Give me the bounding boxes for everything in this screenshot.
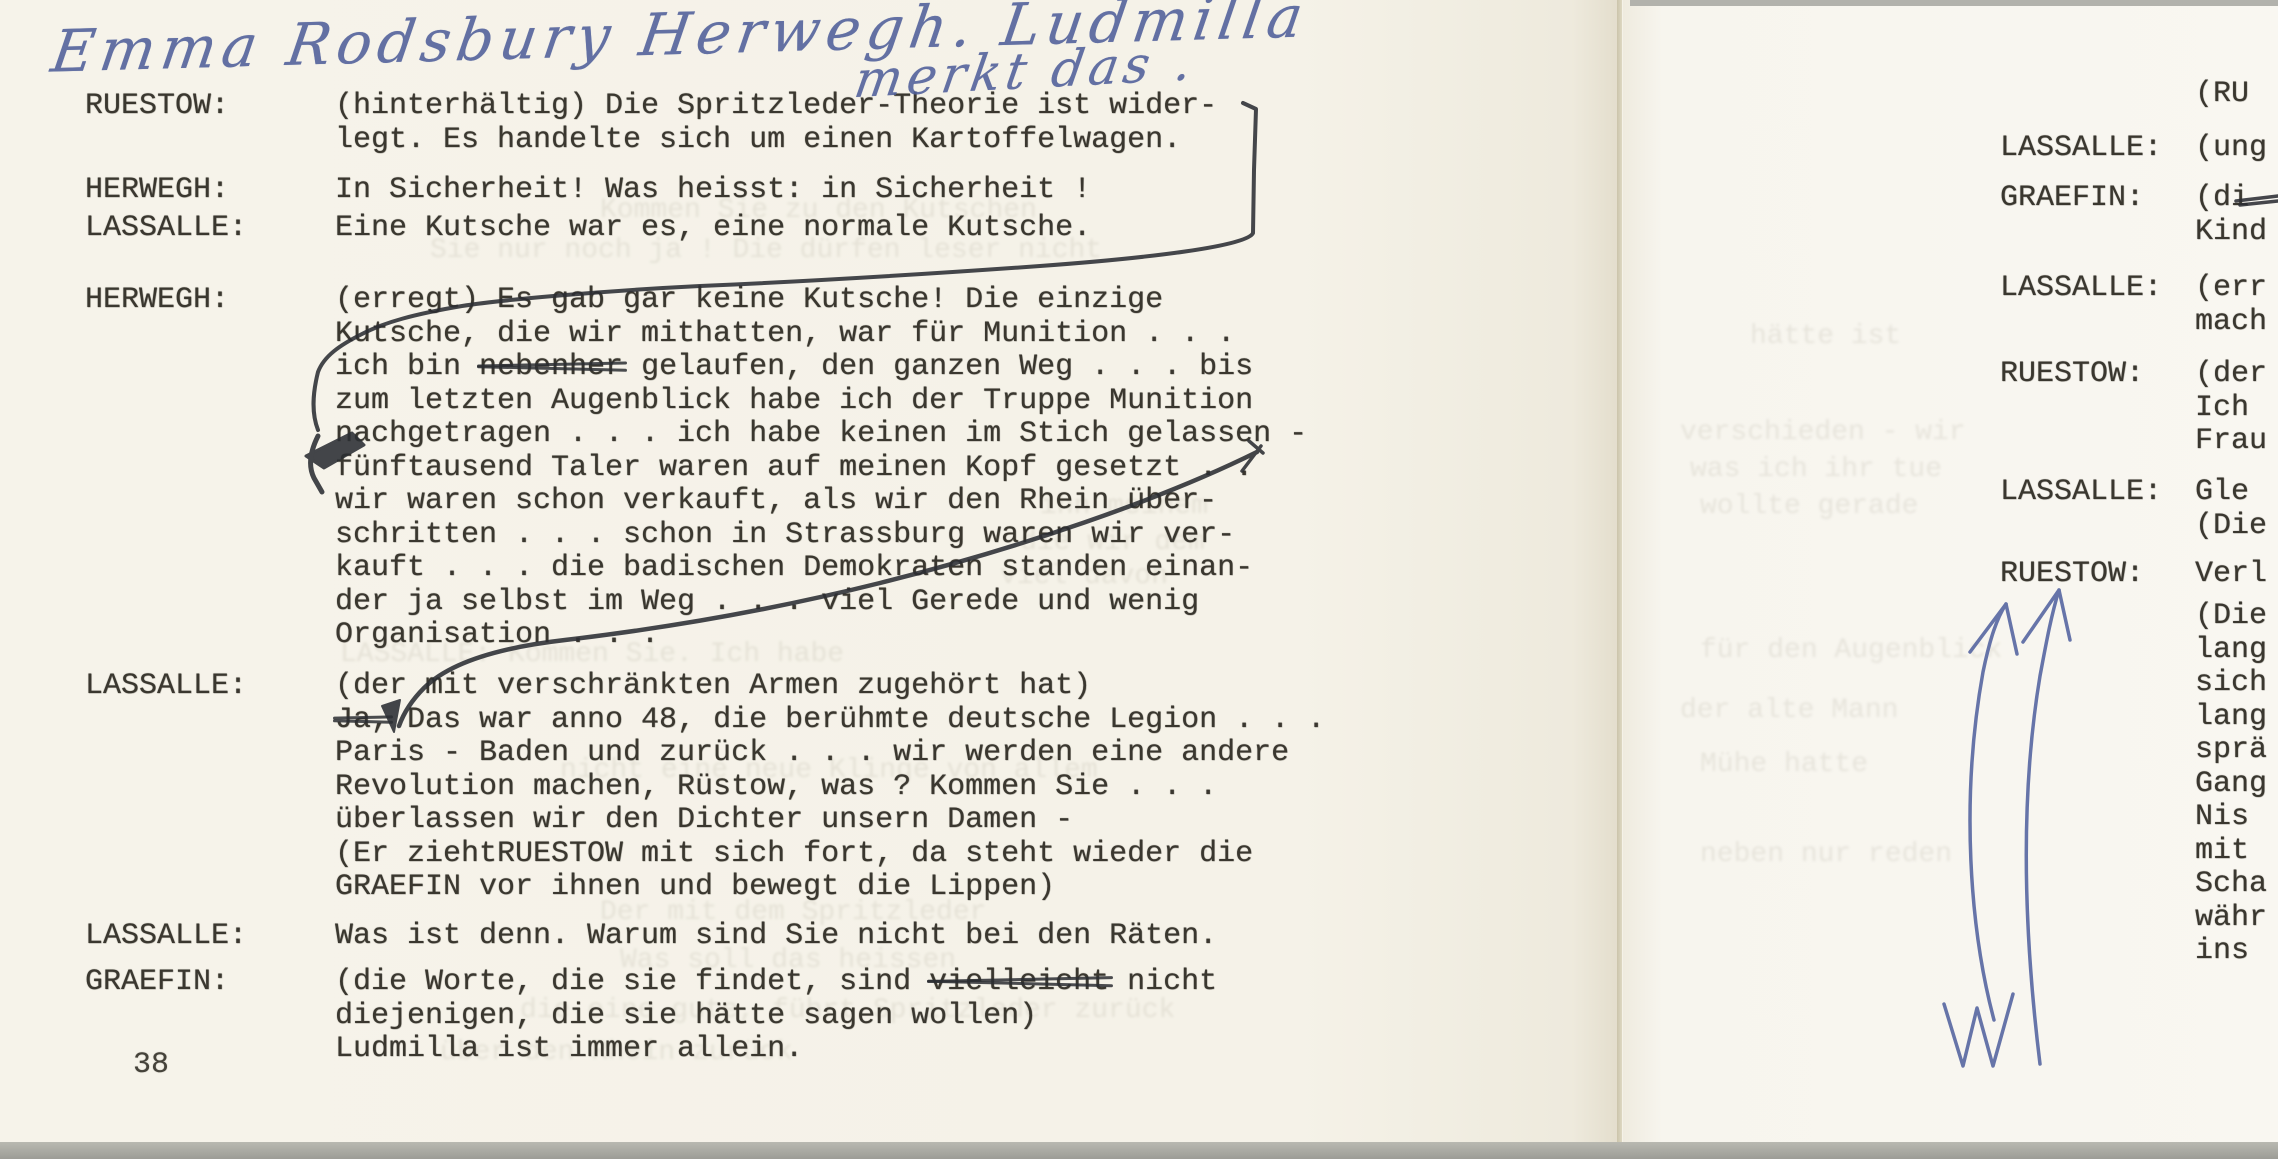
dialogue-line: (di <box>2195 182 2267 216</box>
dialogue-line: Kind <box>2195 216 2267 250</box>
dialogue-line: mach <box>2195 306 2267 340</box>
speaker-name: LASSALLE: <box>85 212 247 246</box>
dialogue-line: lang <box>2195 701 2267 735</box>
speaker-name: GRAEFIN: <box>2000 182 2144 216</box>
dialogue-lines: Eine Kutsche war es, eine normale Kutsch… <box>335 212 1091 246</box>
dialogue-lines: Verl <box>2195 558 2267 592</box>
dialogue-line: ins <box>2195 935 2267 969</box>
dialogue-line: Scha <box>2195 868 2267 902</box>
dialogue-lines: (erregt) Es gab gar keine Kutsche! Die e… <box>335 284 1307 653</box>
scanned-script-spread: Kommen Sie zu den KutschenSie nur noch j… <box>0 0 2278 1159</box>
scanner-edge-bottom <box>0 1142 2278 1159</box>
dialogue-line: (Er ziehtRUESTOW mit sich fort, da steht… <box>335 838 1325 872</box>
bleedthrough-text: wollte gerade <box>1700 492 1918 522</box>
dialogue-line: lang <box>2195 634 2267 668</box>
dialogue-line: währ <box>2195 902 2267 936</box>
dialogue-lines: (der mit verschränkten Armen zugehört ha… <box>335 670 1325 905</box>
dialogue-lines: (ung <box>2195 132 2267 166</box>
bleedthrough-text: Mühe hatte <box>1700 750 1868 780</box>
bleedthrough-text: verschieden - wir <box>1680 418 1966 448</box>
dialogue-line: wir waren schon verkauft, als wir den Rh… <box>335 485 1307 519</box>
dialogue-lines: (derIchFrau <box>2195 358 2267 459</box>
dialogue-lines: (DielangsichlangspräGangNismitSchawährin… <box>2195 600 2267 969</box>
bleedthrough-text: hätte ist <box>1750 322 1901 352</box>
dialogue-line: Ludmilla ist immer allein. <box>335 1033 1217 1067</box>
dialogue-lines: (die Worte, die sie findet, sind viellei… <box>335 966 1217 1067</box>
dialogue-line: Paris - Baden und zurück . . . wir werde… <box>335 737 1325 771</box>
dialogue-line: diejenigen, die sie hätte sagen wollen) <box>335 1000 1217 1034</box>
dialogue-line: Revolution machen, Rüstow, was ? Kommen … <box>335 771 1325 805</box>
bleedthrough-text: für den Augenblick <box>1700 636 2002 666</box>
speaker-name: GRAEFIN: <box>85 966 229 1000</box>
dialogue-line: sich <box>2195 667 2267 701</box>
dialogue-line: Gang <box>2195 768 2267 802</box>
dialogue-line: der ja selbst im Weg . . . viel Gerede u… <box>335 586 1307 620</box>
dialogue-line: Ich <box>2195 392 2267 426</box>
scanner-edge-top <box>1630 0 2278 6</box>
dialogue-line: sprä <box>2195 734 2267 768</box>
dialogue-line: (die Worte, die sie findet, sind viellei… <box>335 966 1217 1000</box>
pen-struck-word: vielleicht <box>929 965 1109 999</box>
dialogue-lines: Was ist denn. Warum sind Sie nicht bei d… <box>335 920 1217 954</box>
dialogue-line: zum letzten Augenblick habe ich der Trup… <box>335 385 1307 419</box>
dialogue-line: Organisation . . . <box>335 619 1307 653</box>
pen-struck-word: Ja, <box>335 703 389 737</box>
dialogue-lines: Gle(Die <box>2195 476 2267 543</box>
bleedthrough-text: der alte Mann <box>1680 696 1898 726</box>
dialogue-line: (RU <box>2195 78 2249 112</box>
dialogue-line: Nis <box>2195 801 2267 835</box>
bleedthrough-text: neben nur reden <box>1700 840 1952 870</box>
dialogue-line: (err <box>2195 272 2267 306</box>
dialogue-line: Frau <box>2195 425 2267 459</box>
dialogue-lines: (RU <box>2195 78 2249 112</box>
dialogue-line: schritten . . . schon in Strassburg ware… <box>335 519 1307 553</box>
dialogue-line: (erregt) Es gab gar keine Kutsche! Die e… <box>335 284 1307 318</box>
dialogue-line: (der <box>2195 358 2267 392</box>
dialogue-lines: In Sicherheit! Was heisst: in Sicherheit… <box>335 174 1091 208</box>
dialogue-line: Gle <box>2195 476 2267 510</box>
speaker-name: RUESTOW: <box>2000 358 2144 392</box>
dialogue-line: fünftausend Taler waren auf meinen Kopf … <box>335 452 1307 486</box>
speaker-name: HERWEGH: <box>85 174 229 208</box>
dialogue-lines: (hinterhältig) Die Spritzleder-Theorie i… <box>335 90 1217 157</box>
dialogue-line: ich bin nebenher gelaufen, den ganzen We… <box>335 351 1307 385</box>
speaker-name: LASSALLE: <box>2000 132 2162 166</box>
speaker-name: RUESTOW: <box>2000 558 2144 592</box>
pen-struck-word: nebenher <box>479 350 623 384</box>
dialogue-line: In Sicherheit! Was heisst: in Sicherheit… <box>335 174 1091 208</box>
dialogue-line: nachgetragen . . . ich habe keinen im St… <box>335 418 1307 452</box>
speaker-name: LASSALLE: <box>2000 272 2162 306</box>
dialogue-line: legt. Es handelte sich um einen Kartoffe… <box>335 124 1217 158</box>
speaker-name: LASSALLE: <box>2000 476 2162 510</box>
dialogue-line: kauft . . . die badischen Demokraten sta… <box>335 552 1307 586</box>
speaker-name: LASSALLE: <box>85 670 247 704</box>
dialogue-lines: (diKind <box>2195 182 2267 249</box>
dialogue-line: (der mit verschränkten Armen zugehört ha… <box>335 670 1325 704</box>
dialogue-line: (Die <box>2195 600 2267 634</box>
dialogue-line: (ung <box>2195 132 2267 166</box>
right-page-paper <box>1623 0 2278 1142</box>
dialogue-line: Eine Kutsche war es, eine normale Kutsch… <box>335 212 1091 246</box>
dialogue-line: Ja, Das war anno 48, die berühmte deutsc… <box>335 704 1325 738</box>
dialogue-line: Kutsche, die wir mithatten, war für Muni… <box>335 318 1307 352</box>
speaker-name: RUESTOW: <box>85 90 229 124</box>
dialogue-line: (Die <box>2195 510 2267 544</box>
dialogue-line: Was ist denn. Warum sind Sie nicht bei d… <box>335 920 1217 954</box>
dialogue-lines: (errmach <box>2195 272 2267 339</box>
speaker-name: HERWEGH: <box>85 284 229 318</box>
dialogue-line: Verl <box>2195 558 2267 592</box>
dialogue-line: mit <box>2195 835 2267 869</box>
page-number: 38 <box>133 1048 169 1082</box>
speaker-name: LASSALLE: <box>85 920 247 954</box>
dialogue-line: GRAEFIN vor ihnen und bewegt die Lippen) <box>335 871 1325 905</box>
dialogue-line: überlassen wir den Dichter unsern Damen … <box>335 804 1325 838</box>
bleedthrough-text: was ich ihr tue <box>1690 455 1942 485</box>
page-crease <box>1617 0 1622 1142</box>
